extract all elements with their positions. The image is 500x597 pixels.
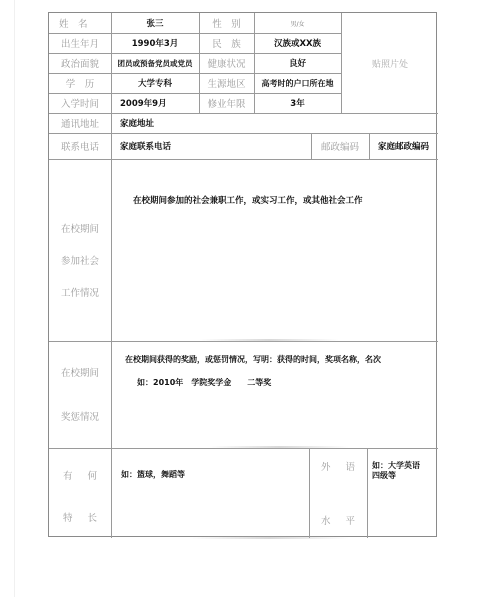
photo-placeholder[interactable]: 贴照片处 [342, 13, 438, 113]
phone-field[interactable]: 家庭联系电话 [111, 133, 311, 159]
awards-field-line2[interactable]: 如：2010年 学院奖学金 二等奖 [137, 377, 271, 388]
scan-edge [14, 0, 15, 597]
political-status-field[interactable]: 团员或预备党员或党员 [111, 53, 199, 73]
specialty-label-char: 长 [87, 510, 97, 524]
address-label: 通讯地址 [49, 113, 111, 133]
specialty-label-char: 有 [63, 468, 73, 482]
language-label-char: 平 [345, 513, 355, 527]
enrollment-date-field[interactable]: 2009年9月 [111, 93, 199, 113]
language-label-bottom: 水 平 [309, 513, 367, 527]
awards-label-line: 在校期间 [61, 365, 99, 379]
ethnicity-label: 民 族 [199, 33, 254, 53]
origin-region-field[interactable]: 高考时的户口所在地 [254, 73, 341, 93]
postcode-label: 邮政编码 [311, 133, 369, 159]
social-work-field[interactable]: 在校期间参加的社会兼职工作，或实习工作，或其他社会工作 [133, 194, 363, 206]
scan-smudge [209, 446, 349, 449]
study-years-label: 修业年限 [199, 93, 254, 113]
student-registration-form: 姓 名 张三 性 别 男/女 出生年月 1990年3月 民 族 汉族或XX族 政… [48, 12, 437, 537]
name-label-text: 姓 名 [59, 16, 88, 30]
social-work-label-line: 参加社会 [61, 253, 99, 267]
postcode-field[interactable]: 家庭邮政编码 [369, 133, 438, 159]
language-label-char: 语 [345, 459, 355, 473]
birth-date-field[interactable]: 1990年3月 [111, 33, 199, 53]
awards-label: 在校期间 奖惩情况 [49, 365, 111, 423]
ethnicity-field[interactable]: 汉族或XX族 [254, 33, 341, 53]
specialty-label-bottom: 特 长 [49, 510, 111, 524]
specialty-label-char: 特 [63, 510, 73, 524]
name-label: 姓 名 [49, 13, 111, 33]
health-field[interactable]: 良好 [254, 53, 341, 73]
language-label-char: 水 [321, 513, 331, 527]
enrollment-date-label: 入学时间 [49, 93, 111, 113]
political-status-label: 政治面貌 [49, 53, 111, 73]
language-level-line: 如：大学英语 [372, 461, 420, 471]
language-level-line: 四级等 [372, 471, 420, 481]
education-label: 学 历 [49, 73, 111, 93]
language-label-top: 外 语 [309, 459, 367, 473]
social-work-label: 在校期间 参加社会 工作情况 [49, 221, 111, 299]
social-work-label-line: 在校期间 [61, 221, 99, 235]
awards-field-line1[interactable]: 在校期间获得的奖励，或惩罚情况，写明：获得的时间，奖项名称，名次 [125, 354, 381, 365]
education-field[interactable]: 大学专科 [111, 73, 199, 93]
scan-smudge [189, 536, 349, 539]
gender-label: 性 别 [199, 13, 254, 33]
specialty-field[interactable]: 如：篮球，舞蹈等 [121, 469, 185, 480]
address-field[interactable]: 家庭地址 [111, 113, 438, 133]
phone-label: 联系电话 [49, 133, 111, 159]
col-divider [367, 448, 368, 538]
scan-smudge [199, 339, 339, 342]
birth-date-label: 出生年月 [49, 33, 111, 53]
origin-region-label: 生源地区 [199, 73, 254, 93]
specialty-label-top: 有 何 [49, 468, 111, 482]
name-field[interactable]: 张三 [111, 13, 199, 33]
health-label: 健康状况 [199, 53, 254, 73]
study-years-field[interactable]: 3年 [254, 93, 341, 113]
language-label-char: 外 [321, 459, 331, 473]
gender-field[interactable]: 男/女 [254, 13, 341, 33]
language-level-field[interactable]: 如：大学英语 四级等 [372, 461, 420, 481]
social-work-label-line: 工作情况 [61, 285, 99, 299]
row-divider [49, 159, 438, 160]
specialty-label-char: 何 [87, 468, 97, 482]
awards-label-line: 奖惩情况 [61, 409, 99, 423]
